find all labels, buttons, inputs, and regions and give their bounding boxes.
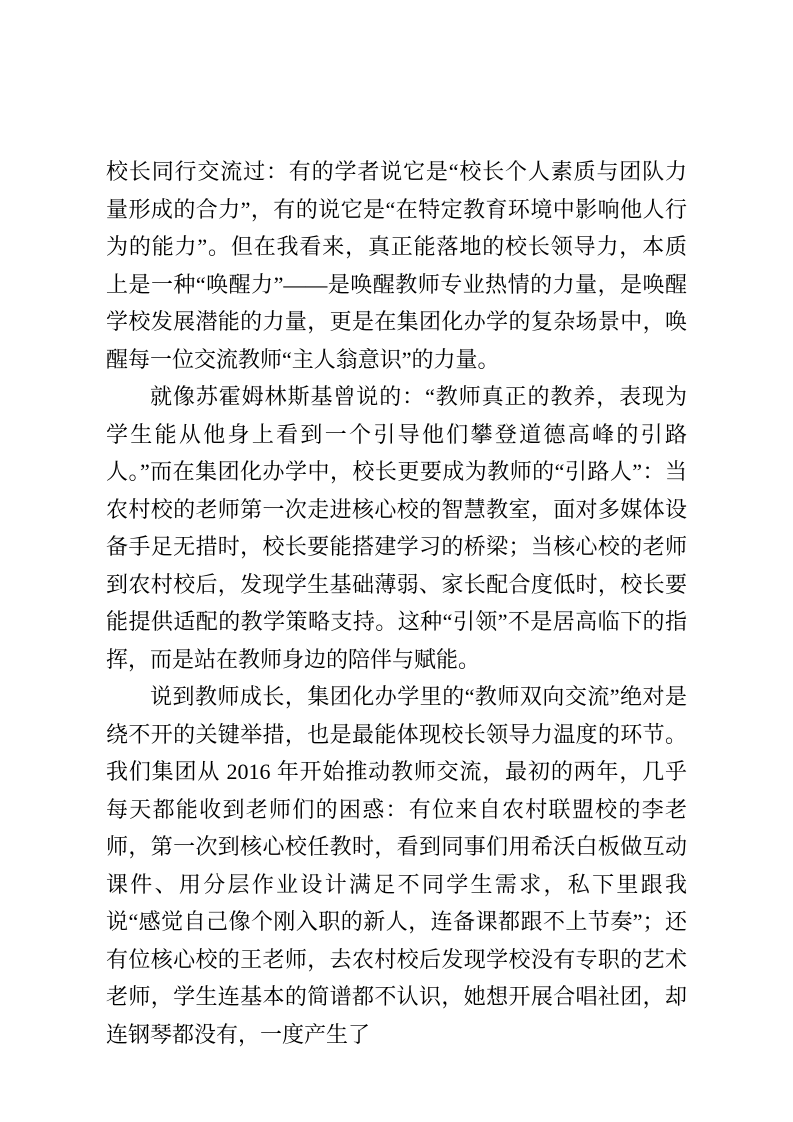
document-body: 校长同行交流过：有的学者说它是“校长个人素质与团队力量形成的合力”，有的说它是“…: [106, 153, 687, 1053]
document-page: 校长同行交流过：有的学者说它是“校长个人素质与团队力量形成的合力”，有的说它是“…: [0, 0, 793, 1122]
paragraph: 校长同行交流过：有的学者说它是“校长个人素质与团队力量形成的合力”，有的说它是“…: [106, 153, 687, 378]
paragraph: 说到教师成长，集团化办学里的“教师双向交流”绝对是绕不开的关键举措，也是最能体现…: [106, 678, 687, 1053]
paragraph: 就像苏霍姆林斯基曾说的：“教师真正的教养，表现为学生能从他身上看到一个引导他们攀…: [106, 378, 687, 678]
